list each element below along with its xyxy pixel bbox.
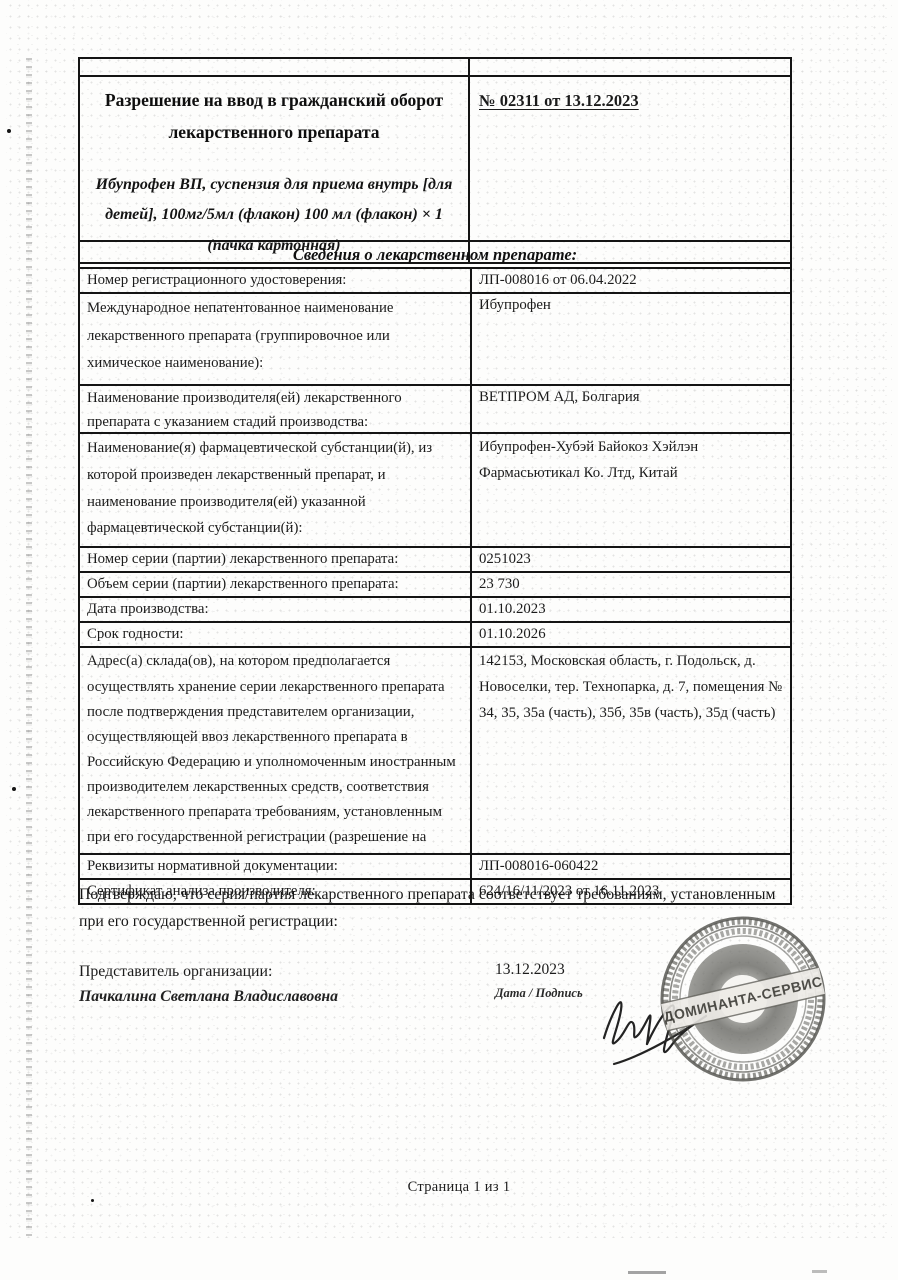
authorization-number: № 02311 от 13.12.2023 <box>479 91 639 110</box>
row-value: 0251023 <box>471 547 791 572</box>
table-row: Наименование производителя(ей) лекарстве… <box>79 385 791 433</box>
row-label-text: Адрес(а) склада(ов), на котором предпола… <box>87 649 463 852</box>
row-label: Объем серии (партии) лекарственного преп… <box>79 572 471 597</box>
row-value: ЛП-008016-060422 <box>471 854 791 879</box>
row-label: Наименование(я) фармацевтической субстан… <box>79 433 471 547</box>
row-value: 01.10.2026 <box>471 622 791 647</box>
table-row: Дата производства: 01.10.2023 <box>79 597 791 622</box>
row-value: ЛП-008016 от 06.04.2022 <box>471 268 791 293</box>
row-label: Адрес(а) склада(ов), на котором предпола… <box>79 647 471 854</box>
authorization-title-line1: Разрешение на ввод в гражданский оборот <box>87 85 461 117</box>
row-label: Номер регистрационного удостоверения: <box>79 268 471 293</box>
row-value: ВЕТПРОМ АД, Болгария <box>471 385 791 433</box>
row-label-text: Международное непатентованное наименован… <box>87 295 463 383</box>
table-row <box>79 58 791 76</box>
date-signature-caption: Дата / Подпись <box>495 986 583 1001</box>
info-table-title: Сведения о лекарственном препарате: <box>79 241 791 268</box>
row-value: 142153, Московская область, г. Подольск,… <box>471 647 791 854</box>
table-row: Срок годности: 01.10.2026 <box>79 622 791 647</box>
scan-edge-artifact <box>26 58 32 1236</box>
representative-label: Представитель организации: <box>79 963 272 981</box>
round-company-stamp: ДОМИНАНТА-СЕРВИС <box>648 904 838 1094</box>
table-row: Разрешение на ввод в гражданский оборот … <box>79 76 791 263</box>
table-row: Международное непатентованное наименован… <box>79 293 791 385</box>
row-label: Реквизиты нормативной документации: <box>79 854 471 879</box>
signature-date: 13.12.2023 <box>495 961 565 979</box>
table-row: Номер регистрационного удостоверения: ЛП… <box>79 268 791 293</box>
empty-cell <box>469 58 791 76</box>
table-row: Адрес(а) склада(ов), на котором предпола… <box>79 647 791 854</box>
row-label-text: Наименование производителя(ей) лекарстве… <box>87 387 463 431</box>
authorization-header-table: Разрешение на ввод в гражданский оборот … <box>78 57 792 264</box>
row-value: Ибупрофен <box>471 293 791 385</box>
row-value: 01.10.2023 <box>471 597 791 622</box>
row-value: Ибупрофен-Хубэй Байокоз Хэйлэн Фармасьют… <box>471 433 791 547</box>
authorization-title-cell: Разрешение на ввод в гражданский оборот … <box>79 76 469 263</box>
row-value: 23 730 <box>471 572 791 597</box>
scan-dot-artifact <box>7 129 11 133</box>
stamp-graphics: ДОМИНАНТА-СЕРВИС <box>655 912 831 1085</box>
row-label-text: Наименование(я) фармацевтической субстан… <box>87 435 463 545</box>
scan-dot-artifact <box>91 1199 94 1202</box>
empty-cell <box>79 58 469 76</box>
authorization-number-cell: № 02311 от 13.12.2023 <box>469 76 791 263</box>
table-row: Объем серии (партии) лекарственного преп… <box>79 572 791 597</box>
table-row: Наименование(я) фармацевтической субстан… <box>79 433 791 547</box>
row-label: Срок годности: <box>79 622 471 647</box>
page-footer: Страница 1 из 1 <box>0 1179 898 1196</box>
table-row: Номер серии (партии) лекарственного преп… <box>79 547 791 572</box>
representative-name: Пачкалина Светлана Владиславовна <box>79 988 338 1006</box>
row-label: Дата производства: <box>79 597 471 622</box>
drug-info-table: Сведения о лекарственном препарате: Номе… <box>78 240 792 905</box>
document-page: Разрешение на ввод в гражданский оборот … <box>0 0 898 1280</box>
table-row: Реквизиты нормативной документации: ЛП-0… <box>79 854 791 879</box>
scan-smudge-artifact <box>812 1270 827 1273</box>
row-label: Наименование производителя(ей) лекарстве… <box>79 385 471 433</box>
authorization-title-line2: лекарственного препарата <box>87 117 461 149</box>
row-label: Номер серии (партии) лекарственного преп… <box>79 547 471 572</box>
table-row: Сведения о лекарственном препарате: <box>79 241 791 268</box>
row-label: Международное непатентованное наименован… <box>79 293 471 385</box>
scan-dot-artifact <box>12 787 16 791</box>
scan-smudge-artifact <box>628 1271 666 1274</box>
